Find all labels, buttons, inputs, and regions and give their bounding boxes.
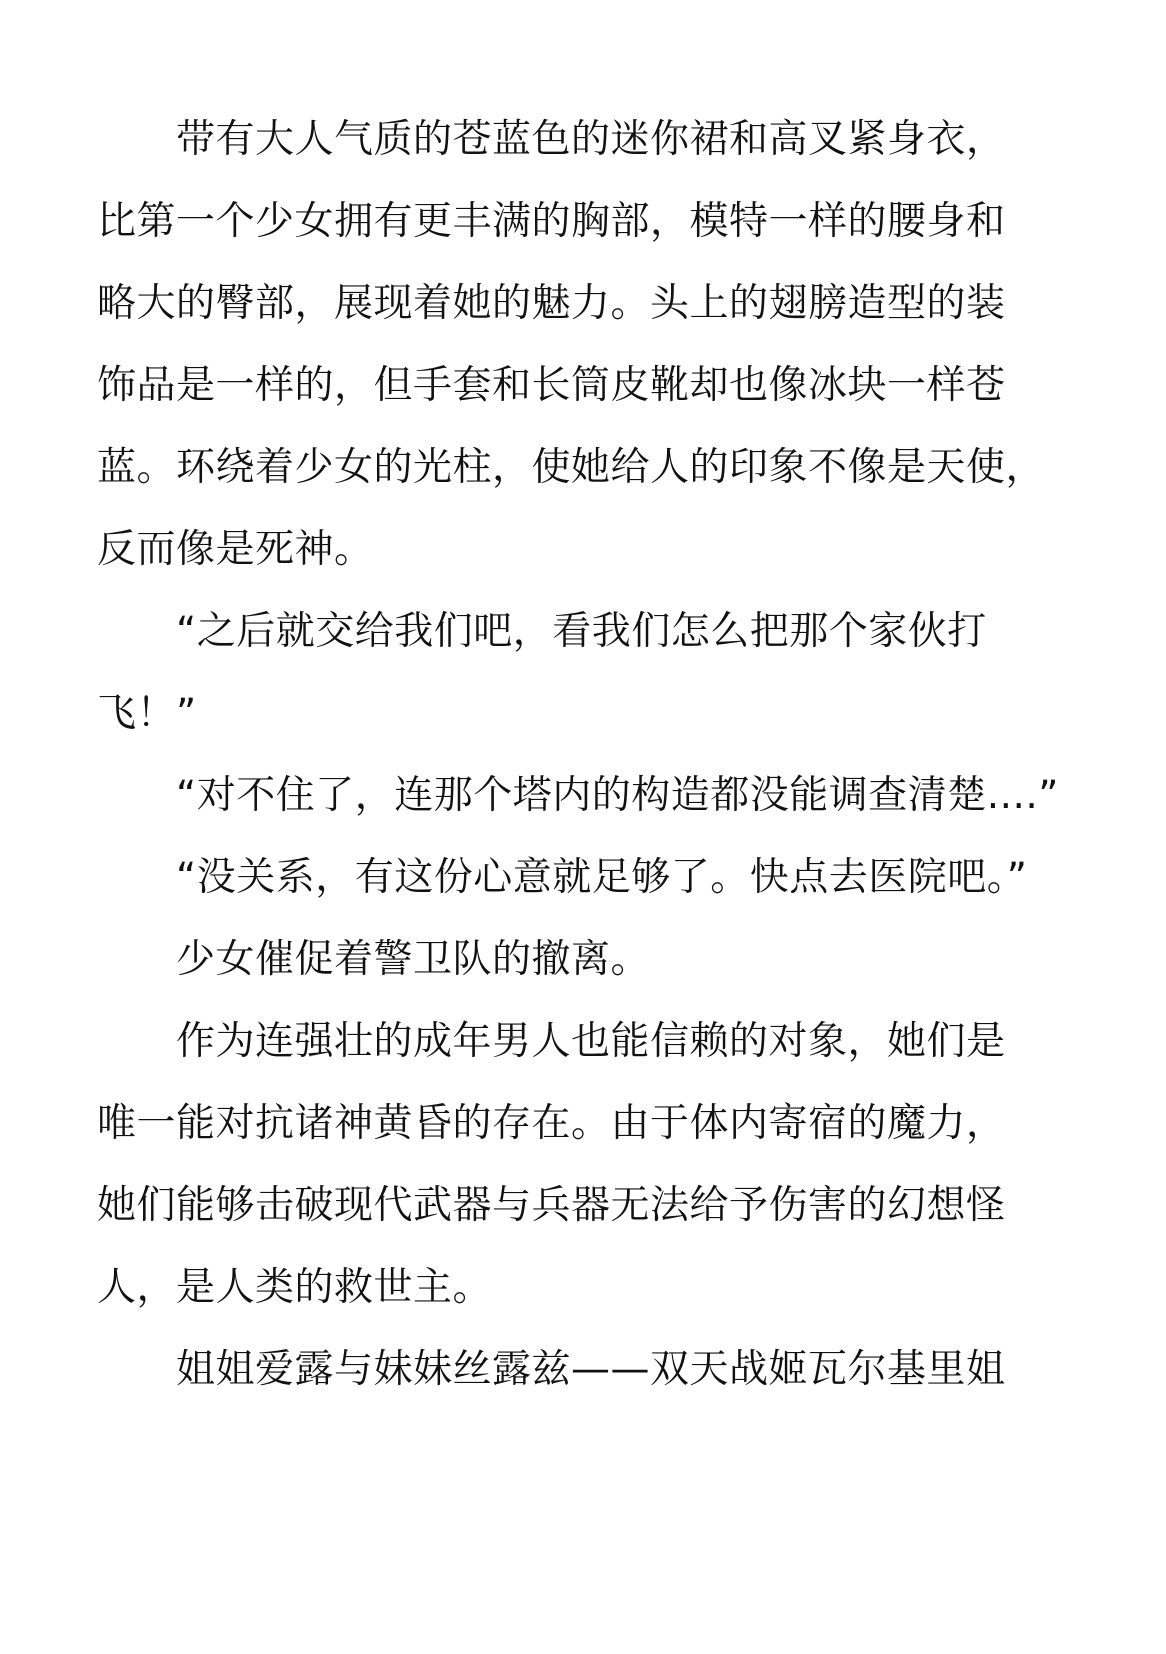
text-line: “对不住了，连那个塔内的构造都没能调查清楚....”: [97, 766, 1017, 848]
text-line: 蓝。环绕着少女的光柱，使她给人的印象不像是天使，: [97, 438, 1017, 520]
text-line: “没关系，有这份心意就足够了。快点去医院吧。”: [97, 848, 1017, 930]
text-line: “之后就交给我们吧，看我们怎么把那个家伙打: [97, 602, 1017, 684]
text-line: 唯一能对抗诸神黄昏的存在。由于体内寄宿的魔力，: [97, 1094, 1017, 1176]
text-line: 带有大人气质的苍蓝色的迷你裙和高叉紧身衣，: [97, 110, 1017, 192]
text-line: 姐姐爱露与妹妹丝露兹——双天战姬瓦尔基里姐: [97, 1340, 1017, 1422]
text-line: 比第一个少女拥有更丰满的胸部，模特一样的腰身和: [97, 192, 1017, 274]
text-line: 反而像是死神。: [97, 520, 1017, 602]
text-line: 少女催促着警卫队的撤离。: [97, 930, 1017, 1012]
document-page: 带有大人气质的苍蓝色的迷你裙和高叉紧身衣， 比第一个少女拥有更丰满的胸部，模特一…: [97, 110, 1017, 1422]
text-line: 略大的臀部，展现着她的魅力。头上的翅膀造型的装: [97, 274, 1017, 356]
text-line: 飞！”: [97, 684, 1017, 766]
text-line: 人，是人类的救世主。: [97, 1258, 1017, 1340]
text-line: 作为连强壮的成年男人也能信赖的对象，她们是: [97, 1012, 1017, 1094]
text-line: 她们能够击破现代武器与兵器无法给予伤害的幻想怪: [97, 1176, 1017, 1258]
text-line: 饰品是一样的，但手套和长筒皮靴却也像冰块一样苍: [97, 356, 1017, 438]
